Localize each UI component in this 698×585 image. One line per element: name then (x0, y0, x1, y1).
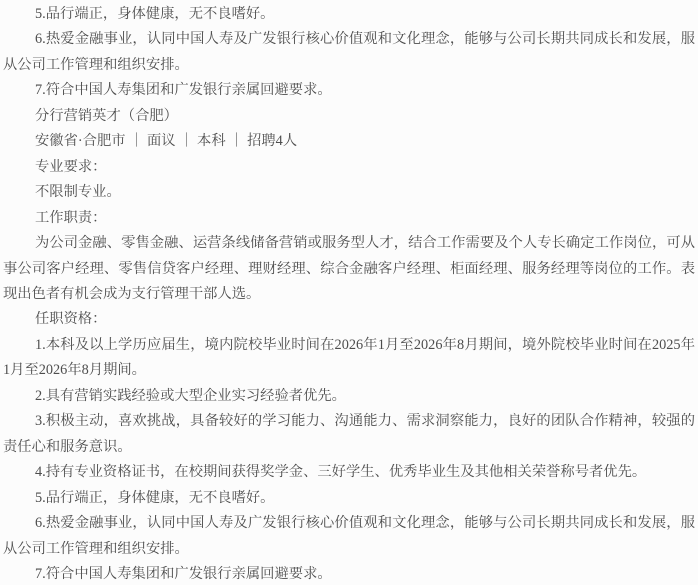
job-education: 本科 (197, 133, 226, 149)
duties-text: 为公司金融、零售金融、运营条线储备营销或服务型人才，结合工作需要及个人专长确定工… (3, 231, 695, 307)
qualifications-label: 任职资格： (3, 307, 695, 332)
job-title: 分行营销英才（合肥） (3, 104, 695, 129)
qualification-item: 2.具有营销实践经验或大型企业实习经验者优先。 (3, 384, 695, 409)
qualification-item: 6.热爱金融事业，认同中国人寿及广发银行核心价值观和文化理念，能够与公司长期共同… (3, 511, 695, 562)
job-salary: 面议 (147, 133, 176, 149)
duties-label: 工作职责： (3, 206, 695, 231)
meta-separator: ｜ (229, 133, 243, 149)
prev-requirement-item: 5.品行端正，身体健康，无不良嗜好。 (3, 2, 695, 27)
major-requirement-label: 专业要求： (3, 155, 695, 180)
qualification-item: 4.持有专业资格证书，在校期间获得奖学金、三好学生、优秀毕业生及其他相关荣誉称号… (3, 460, 695, 485)
meta-separator: ｜ (179, 133, 193, 149)
prev-requirement-item: 6.热爱金融事业，认同中国人寿及广发银行核心价值观和文化理念，能够与公司长期共同… (3, 27, 695, 78)
qualification-item: 5.品行端正，身体健康，无不良嗜好。 (3, 486, 695, 511)
qualification-item: 7.符合中国人寿集团和广发银行亲属回避要求。 (3, 562, 695, 585)
job-meta-line: 安徽省·合肥市 ｜ 面议 ｜ 本科 ｜ 招聘4人 (3, 129, 695, 154)
major-requirement-text: 不限制专业。 (3, 180, 695, 205)
job-headcount: 招聘4人 (247, 133, 297, 149)
prev-requirement-item: 7.符合中国人寿集团和广发银行亲属回避要求。 (3, 78, 695, 103)
meta-separator: ｜ (129, 133, 143, 149)
qualification-item: 3.积极主动，喜欢挑战，具备较好的学习能力、沟通能力、需求洞察能力，良好的团队合… (3, 409, 695, 460)
qualification-item: 1.本科及以上学历应届生，境内院校毕业时间在2026年1月至2026年8月期间，… (3, 333, 695, 384)
job-location: 安徽省·合肥市 (35, 133, 126, 149)
job-posting-page: 5.品行端正，身体健康，无不良嗜好。 6.热爱金融事业，认同中国人寿及广发银行核… (0, 0, 698, 585)
